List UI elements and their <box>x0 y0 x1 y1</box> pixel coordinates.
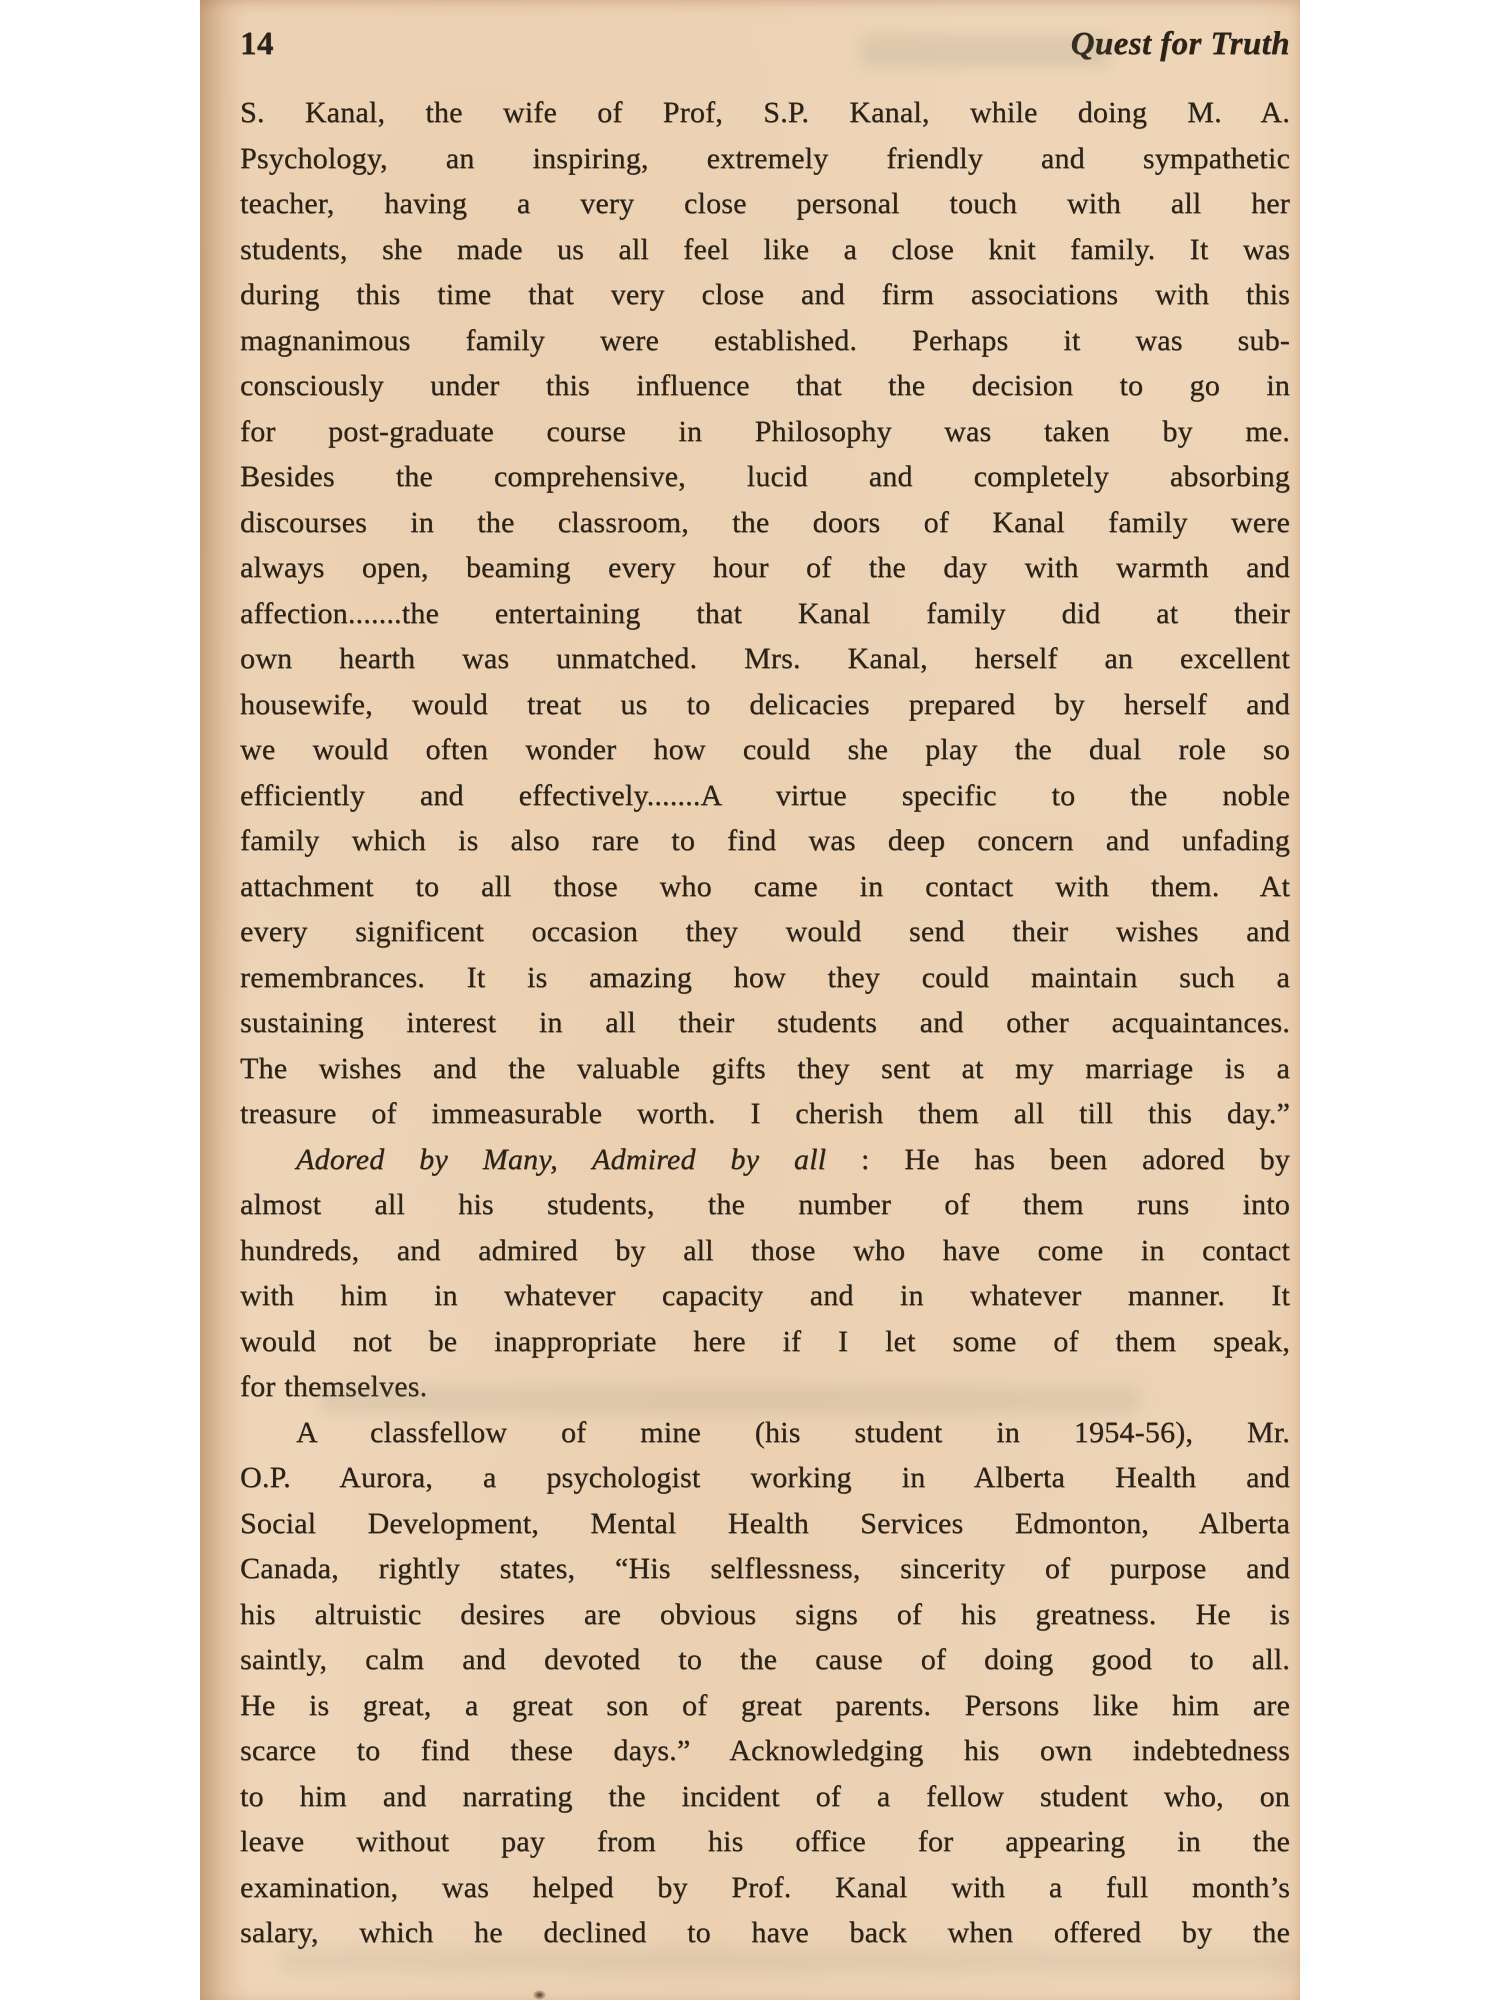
text-line: Besides the comprehensive, lucid and com… <box>240 454 1290 500</box>
text-line: family which is also rare to find was de… <box>240 818 1290 864</box>
page-header: 14 Quest for Truth <box>240 26 1290 63</box>
text-line: The wishes and the valuable gifts they s… <box>240 1046 1290 1092</box>
text-line: almost all his students, the number of t… <box>240 1182 1290 1228</box>
italic-lead: Adored by Many, Admired by all <box>296 1143 826 1176</box>
text-line: with him in whatever capacity and in wha… <box>240 1273 1290 1319</box>
text-line: teacher, having a very close personal to… <box>240 181 1290 227</box>
paragraph-3: A classfellow of mine (his student in 19… <box>240 1410 1290 1956</box>
text-line: remembrances. It is amazing how they cou… <box>240 955 1290 1001</box>
text-line: during this time that very close and fir… <box>240 272 1290 318</box>
text-line: for themselves. <box>240 1364 1290 1410</box>
text-line: scarce to find these days.” Acknowledgin… <box>240 1728 1290 1774</box>
text-line: consciously under this influence that th… <box>240 363 1290 409</box>
text-line: attachment to all those who came in cont… <box>240 864 1290 910</box>
ink-mark <box>533 1990 546 2000</box>
text-line: would not be inappropriate here if I let… <box>240 1319 1290 1365</box>
text-line: S. Kanal, the wife of Prof, S.P. Kanal, … <box>240 90 1290 136</box>
text-line: students, she made us all feel like a cl… <box>240 227 1290 273</box>
running-title: Quest for Truth <box>1071 26 1290 63</box>
text-line: examination, was helped by Prof. Kanal w… <box>240 1865 1290 1911</box>
text-line: Social Development, Mental Health Servic… <box>240 1501 1290 1547</box>
text-line: saintly, calm and devoted to the cause o… <box>240 1637 1290 1683</box>
scanned-book-page: 14 Quest for Truth S. Kanal, the wife of… <box>200 0 1300 2000</box>
text-line: we would often wonder how could she play… <box>240 727 1290 773</box>
text-line: affection.......the entertaining that Ka… <box>240 591 1290 637</box>
text-line: salary, which he declined to have back w… <box>240 1910 1290 1956</box>
text-line: treasure of immeasurable worth. I cheris… <box>240 1091 1290 1137</box>
paragraph-2: Adored by Many, Admired by all : He has … <box>240 1137 1290 1410</box>
text-line: always open, beaming every hour of the d… <box>240 545 1290 591</box>
body-text: S. Kanal, the wife of Prof, S.P. Kanal, … <box>240 90 1290 1956</box>
lead-rest: : He has been adored by <box>826 1143 1290 1176</box>
page-number: 14 <box>240 26 274 63</box>
text-line: to him and narrating the incident of a f… <box>240 1774 1290 1820</box>
text-line: for post-graduate course in Philosophy w… <box>240 409 1290 455</box>
text-line: own hearth was unmatched. Mrs. Kanal, he… <box>240 636 1290 682</box>
paragraph-2-lead-line: Adored by Many, Admired by all : He has … <box>240 1137 1290 1183</box>
paragraph-1: S. Kanal, the wife of Prof, S.P. Kanal, … <box>240 90 1290 1137</box>
text-line: housewife, would treat us to delicacies … <box>240 682 1290 728</box>
text-line: He is great, a great son of great parent… <box>240 1683 1290 1729</box>
text-line: magnanimous family were established. Per… <box>240 318 1290 364</box>
text-line: sustaining interest in all their student… <box>240 1000 1290 1046</box>
text-line: leave without pay from his office for ap… <box>240 1819 1290 1865</box>
paragraph-2-lines: almost all his students, the number of t… <box>240 1182 1290 1410</box>
text-line: Psychology, an inspiring, extremely frie… <box>240 136 1290 182</box>
text-line: Canada, rightly states, “His selflessnes… <box>240 1546 1290 1592</box>
text-line: every significent occasion they would se… <box>240 909 1290 955</box>
text-line: hundreds, and admired by all those who h… <box>240 1228 1290 1274</box>
text-line: his altruistic desires are obvious signs… <box>240 1592 1290 1638</box>
text-line: O.P. Aurora, a psychologist working in A… <box>240 1455 1290 1501</box>
text-line: A classfellow of mine (his student in 19… <box>240 1410 1290 1456</box>
text-line: efficiently and effectively.......A virt… <box>240 773 1290 819</box>
text-line: discourses in the classroom, the doors o… <box>240 500 1290 546</box>
